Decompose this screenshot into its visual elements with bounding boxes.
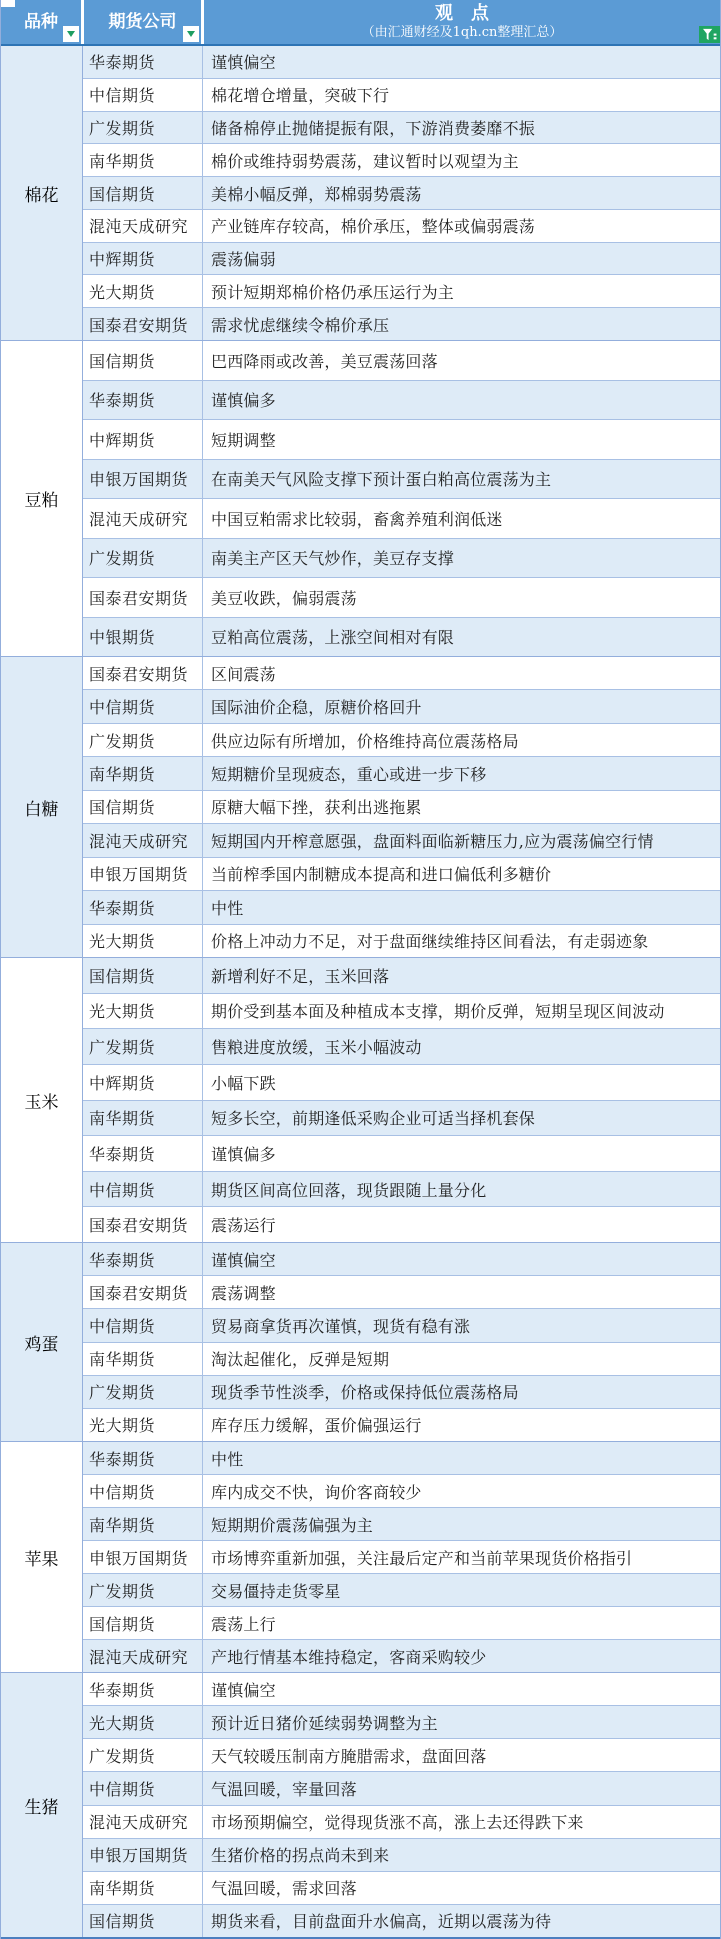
table-row: 中信期货 贸易商拿货再次谨慎，现货有稳有涨	[83, 1309, 720, 1342]
company-cell: 混沌天成研究	[83, 824, 203, 856]
company-cell: 申银万国期货	[83, 1541, 203, 1573]
view-cell: 气温回暖，宰量回落	[203, 1772, 720, 1804]
view-header-subtitle: （由汇通财经及1qh.cn整理汇总）	[362, 25, 563, 41]
company-cell: 混沌天成研究	[83, 1806, 203, 1838]
table-row: 中辉期货 短期调整	[83, 420, 720, 460]
table-row: 南华期货 气温回暖，需求回落	[83, 1872, 720, 1905]
variety-filter-dropdown-icon[interactable]	[63, 26, 79, 42]
company-cell: 国信期货	[83, 177, 203, 209]
company-cell: 广发期货	[83, 112, 203, 144]
company-cell: 国泰君安期货	[83, 657, 203, 689]
table-row: 中银期货 豆粕高位震荡，上涨空间相对有限	[83, 618, 720, 657]
company-cell: 中辉期货	[83, 1065, 203, 1100]
variety-label: 棉花	[1, 46, 83, 340]
section-rows: 国信期货 巴西降雨或改善，美豆震荡回落 华泰期货 谨慎偏多 中辉期货 短期调整 …	[83, 341, 720, 656]
table-row: 混沌天成研究 市场预期偏空，觉得现货涨不高，涨上去还得跌下来	[83, 1806, 720, 1839]
view-cell: 现货季节性淡季，价格或保持低位震荡格局	[203, 1376, 720, 1408]
company-cell: 光大期货	[83, 275, 203, 307]
view-cell: 谨慎偏多	[203, 1136, 720, 1171]
view-cell: 小幅下跌	[203, 1065, 720, 1100]
view-cell: 库内成交不快，询价客商较少	[203, 1475, 720, 1507]
view-cell: 储备棉停止抛储提振有限，下游消费萎靡不振	[203, 112, 720, 144]
company-cell: 中辉期货	[83, 243, 203, 275]
view-cell: 需求忧虑继续令棉价承压	[203, 308, 720, 340]
table-row: 申银万国期货 在南美天气风险支撑下预计蛋白粕高位震荡为主	[83, 460, 720, 500]
view-cell: 谨慎偏空	[203, 1243, 720, 1275]
section-rows: 国泰君安期货 区间震荡 中信期货 国际油价企稳，原糖价格回升 广发期货 供应边际…	[83, 657, 720, 957]
company-cell: 南华期货	[83, 1343, 203, 1375]
funnel-icon-glyph	[702, 28, 717, 41]
company-cell: 中信期货	[83, 1772, 203, 1804]
view-cell: 中性	[203, 1442, 720, 1474]
view-cell: 产地行情基本维持稳定，客商采购较少	[203, 1640, 720, 1672]
company-cell: 南华期货	[83, 1872, 203, 1904]
variety-label: 豆粕	[1, 341, 83, 656]
view-cell: 震荡偏弱	[203, 243, 720, 275]
view-cell: 国际油价企稳，原糖价格回升	[203, 690, 720, 722]
company-cell: 华泰期货	[83, 46, 203, 78]
table-row: 南华期货 短期糖价呈现疲态，重心或进一步下移	[83, 757, 720, 790]
table-row: 广发期货 储备棉停止抛储提振有限，下游消费萎靡不振	[83, 112, 720, 145]
table-row: 华泰期货 谨慎偏空	[83, 1673, 720, 1706]
table-row: 南华期货 短期期价震荡偏强为主	[83, 1508, 720, 1541]
table-row: 中信期货 棉花增仓增量，突破下行	[83, 79, 720, 112]
company-filter-dropdown-icon[interactable]	[183, 26, 199, 42]
view-cell: 市场预期偏空，觉得现货涨不高，涨上去还得跌下来	[203, 1806, 720, 1838]
table-row: 国信期货 震荡上行	[83, 1607, 720, 1640]
company-cell: 中信期货	[83, 79, 203, 111]
company-cell: 华泰期货	[83, 1136, 203, 1171]
section-rows: 华泰期货 中性 中信期货 库内成交不快，询价客商较少 南华期货 短期期价震荡偏强…	[83, 1442, 720, 1672]
view-cell: 预计短期郑棉价格仍承压运行为主	[203, 275, 720, 307]
view-cell: 天气较暖压制南方腌腊需求，盘面回落	[203, 1739, 720, 1771]
view-cell: 谨慎偏空	[203, 1673, 720, 1705]
table-row: 南华期货 棉价或维持弱势震荡，建议暂时以观望为主	[83, 144, 720, 177]
view-cell: 短期调整	[203, 420, 720, 459]
table-row: 光大期货 预计短期郑棉价格仍承压运行为主	[83, 275, 720, 308]
view-cell: 市场博弈重新加强，关注最后定产和当前苹果现货价格指引	[203, 1541, 720, 1573]
table-row: 广发期货 供应边际有所增加，价格维持高位震荡格局	[83, 724, 720, 757]
view-cell: 当前榨季国内制糖成本提高和进口偏低利多糖价	[203, 858, 720, 890]
table-header-row: 品种 期货公司 观 点 （由汇通财经及1qh.cn整理汇总）	[1, 0, 720, 46]
autofilter-funnel-icon[interactable]	[699, 26, 720, 43]
table-row: 混沌天成研究 中国豆粕需求比较弱，畜禽养殖利润低迷	[83, 499, 720, 539]
table-row: 光大期货 库存压力缓解，蛋价偏强运行	[83, 1409, 720, 1441]
table-row: 华泰期货 谨慎偏空	[83, 1243, 720, 1276]
variety-label: 生猪	[1, 1673, 83, 1937]
view-cell: 贸易商拿货再次谨慎，现货有稳有涨	[203, 1309, 720, 1341]
company-cell: 广发期货	[83, 724, 203, 756]
view-cell: 供应边际有所增加，价格维持高位震荡格局	[203, 724, 720, 756]
company-cell: 申银万国期货	[83, 1839, 203, 1871]
table-row: 混沌天成研究 产业链库存较高，棉价承压，整体或偏弱震荡	[83, 210, 720, 243]
table-row: 南华期货 淘汰起催化，反弹是短期	[83, 1343, 720, 1376]
variety-label: 白糖	[1, 657, 83, 957]
company-cell: 国泰君安期货	[83, 308, 203, 340]
table-row: 混沌天成研究 产地行情基本维持稳定，客商采购较少	[83, 1640, 720, 1672]
table-row: 中信期货 国际油价企稳，原糖价格回升	[83, 690, 720, 723]
company-cell: 华泰期货	[83, 1442, 203, 1474]
view-cell: 期货来看，目前盘面升水偏高，近期以震荡为待	[203, 1905, 720, 1937]
company-cell: 光大期货	[83, 1409, 203, 1441]
company-cell: 国泰君安期货	[83, 578, 203, 617]
spreadsheet-corner	[1, 0, 15, 7]
company-cell: 光大期货	[83, 994, 203, 1029]
company-cell: 光大期货	[83, 925, 203, 957]
company-cell: 国信期货	[83, 341, 203, 380]
view-cell: 震荡调整	[203, 1276, 720, 1308]
company-cell: 华泰期货	[83, 891, 203, 923]
company-cell: 华泰期货	[83, 1673, 203, 1705]
company-cell: 国信期货	[83, 791, 203, 823]
table-row: 华泰期货 中性	[83, 891, 720, 924]
variety-label: 鸡蛋	[1, 1243, 83, 1441]
section-rows: 国信期货 新增利好不足，玉米回落 光大期货 期价受到基本面及种植成本支撑，期价反…	[83, 958, 720, 1242]
table-row: 中信期货 期货区间高位回落，现货跟随上量分化	[83, 1172, 720, 1208]
company-cell: 广发期货	[83, 1574, 203, 1606]
table-row: 国泰君安期货 震荡调整	[83, 1276, 720, 1309]
company-cell: 混沌天成研究	[83, 1640, 203, 1672]
section-rows: 华泰期货 谨慎偏空 国泰君安期货 震荡调整 中信期货 贸易商拿货再次谨慎，现货有…	[83, 1243, 720, 1441]
table-row: 广发期货 现货季节性淡季，价格或保持低位震荡格局	[83, 1376, 720, 1409]
view-cell: 气温回暖，需求回落	[203, 1872, 720, 1904]
commodity-section: 棉花 华泰期货 谨慎偏空 中信期货 棉花增仓增量，突破下行 广发期货 储备棉停止…	[1, 46, 720, 341]
company-cell: 光大期货	[83, 1706, 203, 1738]
table-row: 国泰君安期货 震荡运行	[83, 1207, 720, 1242]
view-cell: 库存压力缓解，蛋价偏强运行	[203, 1409, 720, 1441]
company-cell: 广发期货	[83, 1739, 203, 1771]
table-row: 国信期货 巴西降雨或改善，美豆震荡回落	[83, 341, 720, 381]
commodity-section: 豆粕 国信期货 巴西降雨或改善，美豆震荡回落 华泰期货 谨慎偏多 中辉期货 短期…	[1, 341, 720, 657]
view-cell: 短期糖价呈现疲态，重心或进一步下移	[203, 757, 720, 789]
view-cell: 谨慎偏空	[203, 46, 720, 78]
table-row: 申银万国期货 市场博弈重新加强，关注最后定产和当前苹果现货价格指引	[83, 1541, 720, 1574]
view-column-header: 观 点 （由汇通财经及1qh.cn整理汇总）	[204, 0, 720, 44]
view-cell: 期价受到基本面及种植成本支撑，期价反弹，短期呈现区间波动	[203, 994, 720, 1029]
section-rows: 华泰期货 谨慎偏空 中信期货 棉花增仓增量，突破下行 广发期货 储备棉停止抛储提…	[83, 46, 720, 340]
table-row: 光大期货 预计近日猪价延续弱势调整为主	[83, 1706, 720, 1739]
commodity-section: 鸡蛋 华泰期货 谨慎偏空 国泰君安期货 震荡调整 中信期货 贸易商拿货再次谨慎，…	[1, 1243, 720, 1442]
company-cell: 混沌天成研究	[83, 499, 203, 538]
table-row: 光大期货 价格上冲动力不足，对于盘面继续维持区间看法，有走弱迹象	[83, 925, 720, 957]
table-row: 混沌天成研究 短期国内开榨意愿强，盘面料面临新糖压力,应为震荡偏空行情	[83, 824, 720, 857]
commodity-section: 苹果 华泰期货 中性 中信期货 库内成交不快，询价客商较少 南华期货 短期期价震…	[1, 1442, 720, 1673]
table-row: 广发期货 售粮进度放缓，玉米小幅波动	[83, 1029, 720, 1065]
view-cell: 震荡运行	[203, 1207, 720, 1242]
view-cell: 震荡上行	[203, 1607, 720, 1639]
table-row: 光大期货 期价受到基本面及种植成本支撑，期价反弹，短期呈现区间波动	[83, 994, 720, 1030]
table-row: 国泰君安期货 区间震荡	[83, 657, 720, 690]
variety-label: 苹果	[1, 1442, 83, 1672]
view-cell: 棉价或维持弱势震荡，建议暂时以观望为主	[203, 144, 720, 176]
table-row: 华泰期货 谨慎偏多	[83, 1136, 720, 1172]
table-row: 国信期货 新增利好不足，玉米回落	[83, 958, 720, 994]
company-column-header: 期货公司	[84, 0, 201, 44]
table-row: 华泰期货 谨慎偏多	[83, 381, 720, 421]
company-cell: 广发期货	[83, 1029, 203, 1064]
table-row: 广发期货 天气较暖压制南方腌腊需求，盘面回落	[83, 1739, 720, 1772]
company-cell: 中信期货	[83, 1475, 203, 1507]
company-cell: 国信期货	[83, 1607, 203, 1639]
view-cell: 美棉小幅反弹，郑棉弱势震荡	[203, 177, 720, 209]
company-cell: 中信期货	[83, 1309, 203, 1341]
table-row: 国信期货 原糖大幅下挫，获利出逃拖累	[83, 791, 720, 824]
commodity-section: 玉米 国信期货 新增利好不足，玉米回落 光大期货 期价受到基本面及种植成本支撑，…	[1, 958, 720, 1243]
view-cell: 产业链库存较高，棉价承压，整体或偏弱震荡	[203, 210, 720, 242]
table-row: 广发期货 交易僵持走货零星	[83, 1574, 720, 1607]
company-cell: 中信期货	[83, 690, 203, 722]
company-cell: 南华期货	[83, 144, 203, 176]
table-row: 华泰期货 中性	[83, 1442, 720, 1475]
view-cell: 短期国内开榨意愿强，盘面料面临新糖压力,应为震荡偏空行情	[203, 824, 720, 856]
table-row: 中信期货 库内成交不快，询价客商较少	[83, 1475, 720, 1508]
view-cell: 美豆收跌，偏弱震荡	[203, 578, 720, 617]
view-cell: 在南美天气风险支撑下预计蛋白粕高位震荡为主	[203, 460, 720, 499]
view-header-title: 观 点	[435, 3, 489, 25]
commodity-section: 生猪 华泰期货 谨慎偏空 光大期货 预计近日猪价延续弱势调整为主 广发期货 天气…	[1, 1673, 720, 1939]
company-cell: 广发期货	[83, 1376, 203, 1408]
company-cell: 南华期货	[83, 1508, 203, 1540]
view-cell: 交易僵持走货零星	[203, 1574, 720, 1606]
table-row: 申银万国期货 生猪价格的拐点尚未到来	[83, 1839, 720, 1872]
company-cell: 南华期货	[83, 757, 203, 789]
chevron-down-icon	[187, 31, 195, 37]
view-cell: 中性	[203, 891, 720, 923]
commodity-section: 白糖 国泰君安期货 区间震荡 中信期货 国际油价企稳，原糖价格回升 广发期货 供…	[1, 657, 720, 958]
view-cell: 短多长空，前期逢低采购企业可适当择机套保	[203, 1101, 720, 1136]
company-cell: 申银万国期货	[83, 460, 203, 499]
view-cell: 新增利好不足，玉米回落	[203, 958, 720, 993]
table-row: 申银万国期货 当前榨季国内制糖成本提高和进口偏低利多糖价	[83, 858, 720, 891]
table-row: 华泰期货 谨慎偏空	[83, 46, 720, 79]
company-cell: 混沌天成研究	[83, 210, 203, 242]
view-cell: 原糖大幅下挫，获利出逃拖累	[203, 791, 720, 823]
view-cell: 中国豆粕需求比较弱，畜禽养殖利润低迷	[203, 499, 720, 538]
variety-label: 玉米	[1, 958, 83, 1242]
view-cell: 生猪价格的拐点尚未到来	[203, 1839, 720, 1871]
company-cell: 中信期货	[83, 1172, 203, 1207]
company-cell: 中辉期货	[83, 420, 203, 459]
view-cell: 南美主产区天气炒作，美豆存支撑	[203, 539, 720, 578]
company-cell: 申银万国期货	[83, 858, 203, 890]
table-row: 中信期货 气温回暖，宰量回落	[83, 1772, 720, 1805]
table-body: 棉花 华泰期货 谨慎偏空 中信期货 棉花增仓增量，突破下行 广发期货 储备棉停止…	[1, 46, 720, 1939]
table-row: 国泰君安期货 美豆收跌，偏弱震荡	[83, 578, 720, 618]
table-row: 国信期货 美棉小幅反弹，郑棉弱势震荡	[83, 177, 720, 210]
view-cell: 棉花增仓增量，突破下行	[203, 79, 720, 111]
view-cell: 售粮进度放缓，玉米小幅波动	[203, 1029, 720, 1064]
company-cell: 国泰君安期货	[83, 1276, 203, 1308]
view-cell: 期货区间高位回落，现货跟随上量分化	[203, 1172, 720, 1207]
view-cell: 价格上冲动力不足，对于盘面继续维持区间看法，有走弱迹象	[203, 925, 720, 957]
company-cell: 国信期货	[83, 958, 203, 993]
company-cell: 中银期货	[83, 618, 203, 657]
view-cell: 区间震荡	[203, 657, 720, 689]
table-row: 中辉期货 小幅下跌	[83, 1065, 720, 1101]
table-row: 南华期货 短多长空，前期逢低采购企业可适当择机套保	[83, 1101, 720, 1137]
company-cell: 南华期货	[83, 1101, 203, 1136]
company-cell: 国信期货	[83, 1905, 203, 1937]
variety-header-label: 品种	[24, 7, 58, 38]
table-row: 广发期货 南美主产区天气炒作，美豆存支撑	[83, 539, 720, 579]
company-cell: 国泰君安期货	[83, 1207, 203, 1242]
table-row: 国信期货 期货来看，目前盘面升水偏高，近期以震荡为待	[83, 1905, 720, 1937]
company-cell: 华泰期货	[83, 1243, 203, 1275]
view-cell: 短期期价震荡偏强为主	[203, 1508, 720, 1540]
view-cell: 豆粕高位震荡，上涨空间相对有限	[203, 618, 720, 657]
view-cell: 淘汰起催化，反弹是短期	[203, 1343, 720, 1375]
section-rows: 华泰期货 谨慎偏空 光大期货 预计近日猪价延续弱势调整为主 广发期货 天气较暖压…	[83, 1673, 720, 1937]
futures-opinion-table: 品种 期货公司 观 点 （由汇通财经及1qh.cn整理汇总） 棉花 华泰期货 谨…	[0, 0, 721, 1939]
company-cell: 华泰期货	[83, 381, 203, 420]
view-cell: 谨慎偏多	[203, 381, 720, 420]
company-cell: 广发期货	[83, 539, 203, 578]
table-row: 国泰君安期货 需求忧虑继续令棉价承压	[83, 308, 720, 340]
chevron-down-icon	[67, 31, 75, 37]
view-cell: 预计近日猪价延续弱势调整为主	[203, 1706, 720, 1738]
view-cell: 巴西降雨或改善，美豆震荡回落	[203, 341, 720, 380]
company-header-label: 期货公司	[109, 7, 177, 38]
table-row: 中辉期货 震荡偏弱	[83, 243, 720, 276]
